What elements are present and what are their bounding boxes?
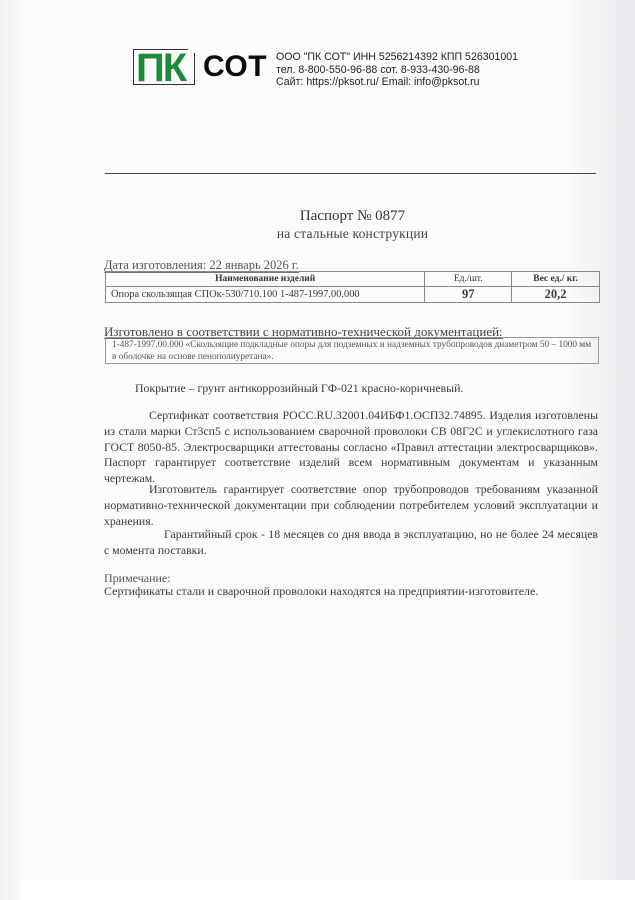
items-table: Наименование изделий Ед./шт. Вес ед./ кг… bbox=[105, 271, 600, 303]
coating-paragraph: Покрытие – грунт антикоррозийный ГФ-021 … bbox=[135, 381, 595, 397]
certificate-paragraph: Сертификат соответствия РОСС.RU.32001.04… bbox=[104, 408, 598, 487]
items-table-header: Наименование изделий Ед./шт. Вес ед./ кг… bbox=[106, 272, 600, 287]
item-name: Опора скользящая СПОк-530/710.100 1-487-… bbox=[106, 287, 425, 303]
passport-document: ПК СОТ ООО "ПК СОТ" ИНН 5256214392 КПП 5… bbox=[0, 0, 635, 900]
warranty-paragraph: Гарантийный срок - 18 месяцев со дня вво… bbox=[104, 527, 598, 559]
passport-subtitle: на стальные конструкции bbox=[35, 226, 635, 242]
note-text: Сертификаты стали и сварочной проволоки … bbox=[104, 584, 538, 599]
normative-reference: 1-487-1997.00.000 «Скользящие подкладные… bbox=[105, 337, 599, 364]
guarantee-paragraph: Изготовитель гарантирует соответствие оп… bbox=[104, 482, 598, 529]
company-logo: ПК СОТ bbox=[133, 49, 267, 85]
column-header-weight: Вес ед./ кг. bbox=[512, 272, 600, 287]
table-row: Опора скользящая СПОк-530/710.100 1-487-… bbox=[106, 287, 600, 303]
logo-frame: ПК bbox=[133, 49, 195, 85]
company-legal-line: ООО "ПК СОТ" ИНН 5256214392 КПП 52630100… bbox=[276, 51, 518, 64]
item-weight: 20,2 bbox=[512, 287, 600, 303]
column-header-name: Наименование изделий bbox=[106, 272, 425, 287]
logo-word: СОТ bbox=[203, 50, 267, 84]
column-header-qty: Ед./шт. bbox=[425, 272, 512, 287]
company-details: ООО "ПК СОТ" ИНН 5256214392 КПП 52630100… bbox=[276, 51, 518, 89]
logo-mark: ПК bbox=[136, 46, 185, 90]
company-phone-line: тел. 8-800-550-96-88 сот. 8-933-430-96-8… bbox=[276, 64, 518, 77]
item-qty: 97 bbox=[425, 287, 512, 303]
company-web-line: Сайт: https://pksot.ru/ Email: info@pkso… bbox=[276, 76, 518, 89]
header-divider bbox=[105, 173, 596, 174]
passport-title: Паспорт № 0877 bbox=[35, 208, 635, 225]
